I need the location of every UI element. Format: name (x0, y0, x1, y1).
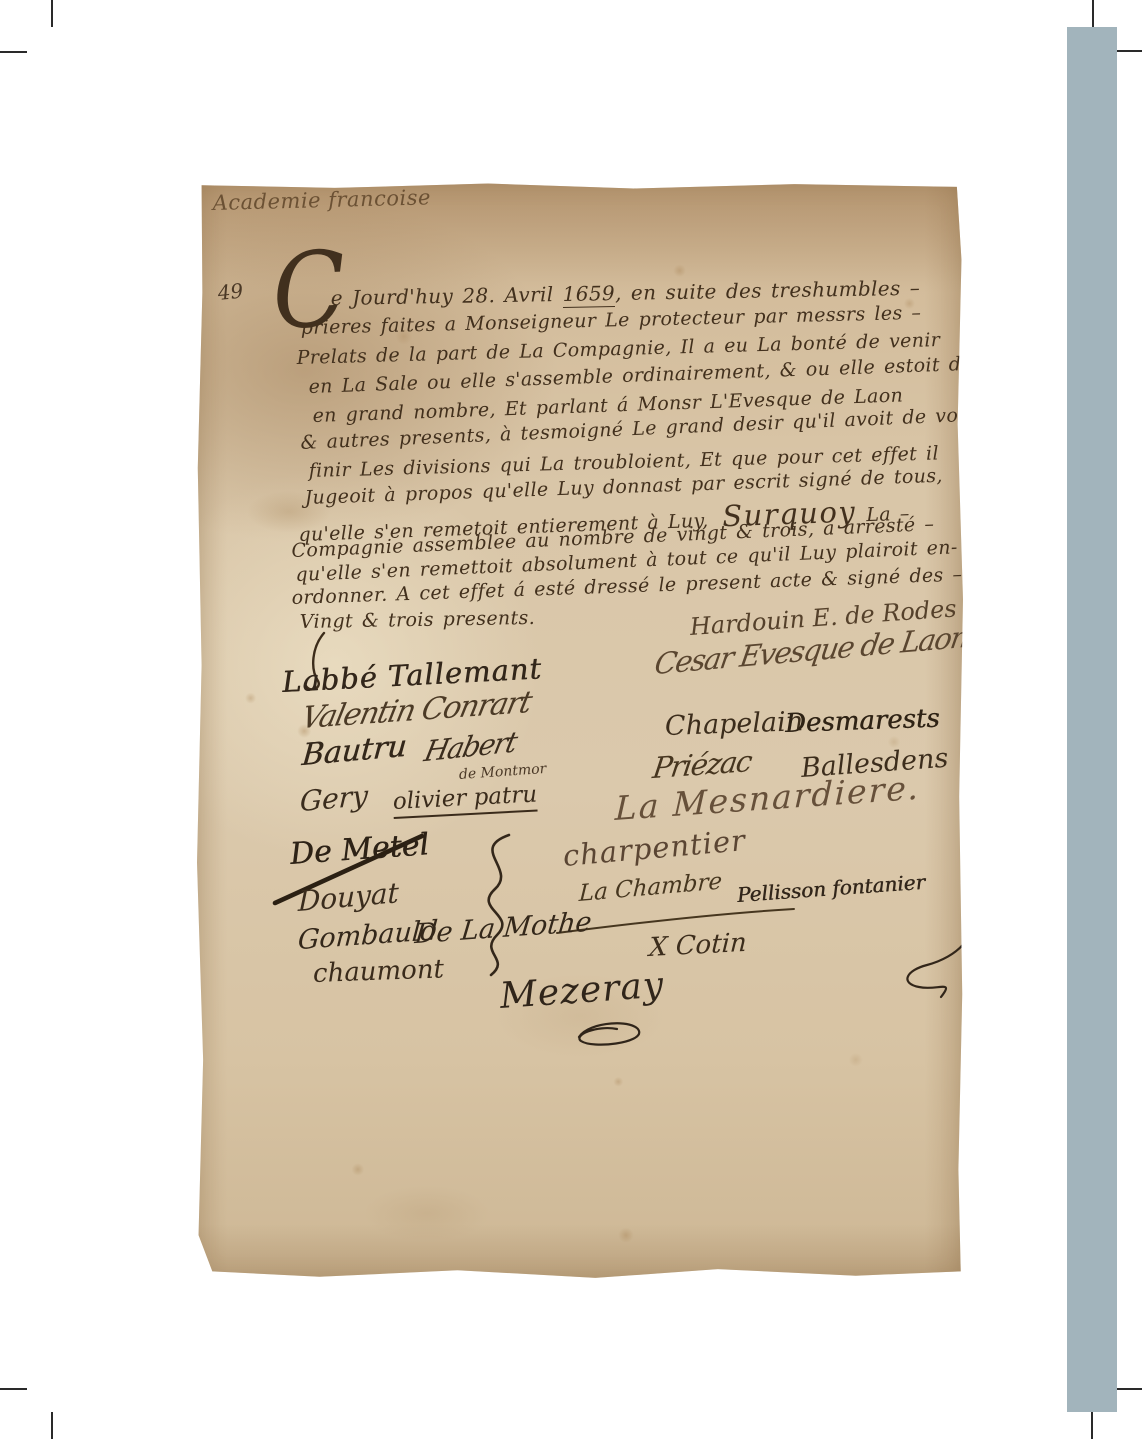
accent-bar (1067, 27, 1117, 1412)
line1-post: , en suite des treshumbles – (615, 276, 921, 305)
crop-mark-bottom-left-h (0, 1388, 27, 1390)
signature-habert: Habert (421, 725, 519, 768)
signature-chapelain: Chapelain (664, 706, 803, 742)
signature-pellisson: Pellisson fontanier (736, 870, 926, 907)
manuscript-scan: Academie francoise 49 C e Jourd'huy 28. … (197, 183, 963, 1279)
signature-cotin: X Cotin (648, 928, 747, 963)
crop-mark-top-left-v (51, 0, 53, 27)
signature-lamothe: De La Mothe (413, 907, 593, 951)
signature-patru: olivier patru (392, 781, 538, 819)
crop-mark-top-right-v (1092, 0, 1094, 27)
signature-gery: Gery (299, 779, 369, 818)
signature-montmor: de Montmor (458, 761, 546, 783)
swirl-flourish (451, 831, 525, 979)
pellisson-paraph-flourish (897, 909, 981, 1001)
text-line-13: Vingt & trois presents. (300, 607, 536, 633)
crop-mark-bottom-right-h (1117, 1388, 1142, 1390)
line1-pre: e Jourd'huy 28. Avril (331, 282, 563, 310)
crop-mark-top-left-h (0, 51, 27, 53)
crop-mark-bottom-right-v (1091, 1412, 1093, 1439)
signature-lachambre: La Chambre (578, 868, 722, 907)
crop-mark-bottom-left-v (51, 1412, 53, 1439)
signature-desmarests: Desmarests (784, 704, 940, 739)
crop-mark-top-right-h (1115, 50, 1142, 52)
folio-number: 49 (216, 278, 244, 305)
signature-bautru: Bautru (300, 729, 408, 774)
signature-chaumont: chaumont (312, 954, 444, 989)
mezeray-oval-flourish (573, 1017, 643, 1051)
underlined-year: 1659 (562, 281, 615, 308)
archive-heading: Academie francoise (212, 185, 431, 215)
signature-priezac: Priézac (651, 744, 754, 785)
scanned-page-layout: Academie francoise 49 C e Jourd'huy 28. … (0, 0, 1142, 1439)
signature-charpentier: charpentier (562, 823, 748, 873)
